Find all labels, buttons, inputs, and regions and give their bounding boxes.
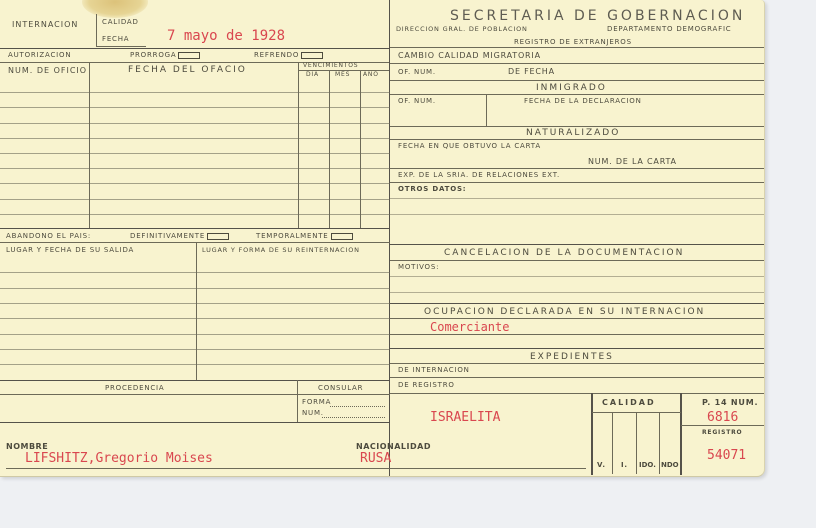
checkbox-box	[207, 233, 229, 240]
fecha-carta-label: FECHA EN QUE OBTUVO LA CARTA	[398, 142, 541, 150]
nacionalidad-label: NACIONALIDAD	[356, 442, 431, 451]
consular-label: CONSULAR	[318, 384, 363, 392]
col-num-oficio: NUM. DE OFICIO	[8, 66, 87, 75]
de-fecha-label: DE FECHA	[508, 67, 555, 76]
col-ano: AÑO	[363, 71, 379, 78]
ruled-row-line	[0, 364, 390, 365]
center-divider	[389, 0, 390, 476]
forma-label: FORMA	[302, 398, 331, 406]
ruled-row-line	[0, 288, 390, 289]
otros-datos-label: OTROS DATOS:	[398, 185, 466, 193]
expedientes-label: EXPEDIENTES	[530, 352, 614, 362]
nacionalidad-value: RUSA	[360, 451, 391, 466]
ocupacion-value: Comerciante	[430, 320, 509, 334]
col-reinternacion: LUGAR Y FORMA DE SU REINTERNACION	[202, 246, 360, 254]
departamento-label: DEPARTAMENTO DEMOGRAFIC	[607, 25, 732, 33]
nombre-label: NOMBRE	[6, 442, 48, 451]
paper-stain	[82, 0, 148, 18]
ruled-row-line	[0, 92, 390, 93]
checkbox-box	[301, 52, 323, 59]
ruled-row-line	[0, 199, 390, 200]
of-num-label: OF. NUM.	[398, 68, 436, 76]
vencimientos-label: VENCIMIENTOS	[303, 62, 358, 69]
internacion-label: INTERNACION	[12, 20, 78, 29]
definitivamente-checkbox[interactable]: DEFINITIVAMENTE	[130, 232, 229, 240]
motivos-label: MOTIVOS:	[398, 263, 439, 271]
fecha-label: FECHA	[102, 35, 129, 43]
nombre-value: LIFSHITZ,Gregorio Moises	[25, 451, 213, 466]
direccion-label: DIRECCION GRAL. DE POBLACION	[396, 25, 528, 33]
forma-field[interactable]	[330, 406, 385, 407]
naturalizado-label: NATURALIZADO	[526, 128, 620, 138]
ruled-row-line	[0, 153, 390, 154]
cambio-label: CAMBIO CALIDAD MIGRATORIA	[398, 51, 541, 60]
fecha-value: 7 mayo de 1928	[167, 28, 285, 44]
inmigrado-label: INMIGRADO	[536, 83, 607, 93]
divider	[96, 14, 97, 46]
ruled-row-line	[0, 214, 390, 215]
checkbox-box	[178, 52, 200, 59]
num-field[interactable]	[322, 417, 385, 418]
ruled-row-line	[0, 138, 390, 139]
inm-of-num-label: OF. NUM.	[398, 97, 436, 105]
divider	[0, 48, 390, 49]
prorroga-checkbox[interactable]: PRORROGA	[130, 51, 200, 59]
ruled-row-line	[0, 168, 390, 169]
col-fecha-oficio: FECHA DEL OFACIO	[128, 65, 247, 75]
col-dia: DIA	[306, 71, 319, 78]
ruled-row-line	[0, 349, 390, 350]
autorizacion-label: AUTORIZACION	[8, 51, 71, 59]
num-carta-label: NUM. DE LA CARTA	[588, 157, 677, 166]
calidad-col-v: V.	[597, 461, 606, 469]
de-registro-label: DE REGISTRO	[398, 381, 455, 389]
ruled-row-line	[0, 123, 390, 124]
num-label: NUM.	[302, 409, 324, 417]
checkbox-box	[331, 233, 353, 240]
col-mes: MES	[335, 71, 350, 78]
registro-title: REGISTRO DE EXTRANJEROS	[514, 38, 632, 46]
calidad-col-i: I.	[621, 461, 628, 469]
cancelacion-label: CANCELACION DE LA DOCUMENTACION	[444, 248, 684, 258]
calidad-box-label: CALIDAD	[602, 398, 656, 407]
sria-label: EXP. DE LA SRIA. DE RELACIONES EXT.	[398, 171, 560, 179]
ocupacion-label: OCUPACION DECLARADA EN SU INTERNACION	[424, 307, 705, 317]
registro-label: REGISTRO	[702, 429, 742, 436]
col-salida: LUGAR Y FECHA DE SU SALIDA	[6, 246, 134, 254]
ruled-row-line	[0, 303, 390, 304]
refrendo-checkbox[interactable]: REFRENDO	[254, 51, 323, 59]
immigration-registration-card: INTERNACION CALIDAD FECHA 7 mayo de 1928…	[0, 0, 765, 477]
agency-title: SECRETARIA DE GOBERNACION	[450, 8, 745, 24]
abandono-label: ABANDONO EL PAIS:	[6, 232, 91, 240]
p14-label: P. 14 NUM.	[702, 398, 758, 407]
religion-value: ISRAELITA	[430, 410, 500, 425]
registro-value: 54071	[707, 448, 746, 463]
ruled-row-line	[0, 272, 390, 273]
calidad-col-ndo: NDO	[661, 461, 679, 469]
ruled-row-line	[0, 183, 390, 184]
de-internacion-label: DE INTERNACION	[398, 366, 470, 374]
fecha-declaracion-label: FECHA DE LA DECLARACION	[524, 97, 642, 105]
ruled-row-line	[0, 107, 390, 108]
procedencia-label: PROCEDENCIA	[105, 384, 165, 392]
p14-value: 6816	[707, 410, 738, 425]
calidad-col-ido: IDO.	[639, 461, 656, 469]
ruled-row-line	[0, 334, 390, 335]
temporalmente-checkbox[interactable]: TEMPORALMENTE	[256, 232, 353, 240]
ruled-row-line	[0, 318, 390, 319]
calidad-label: CALIDAD	[102, 18, 139, 26]
